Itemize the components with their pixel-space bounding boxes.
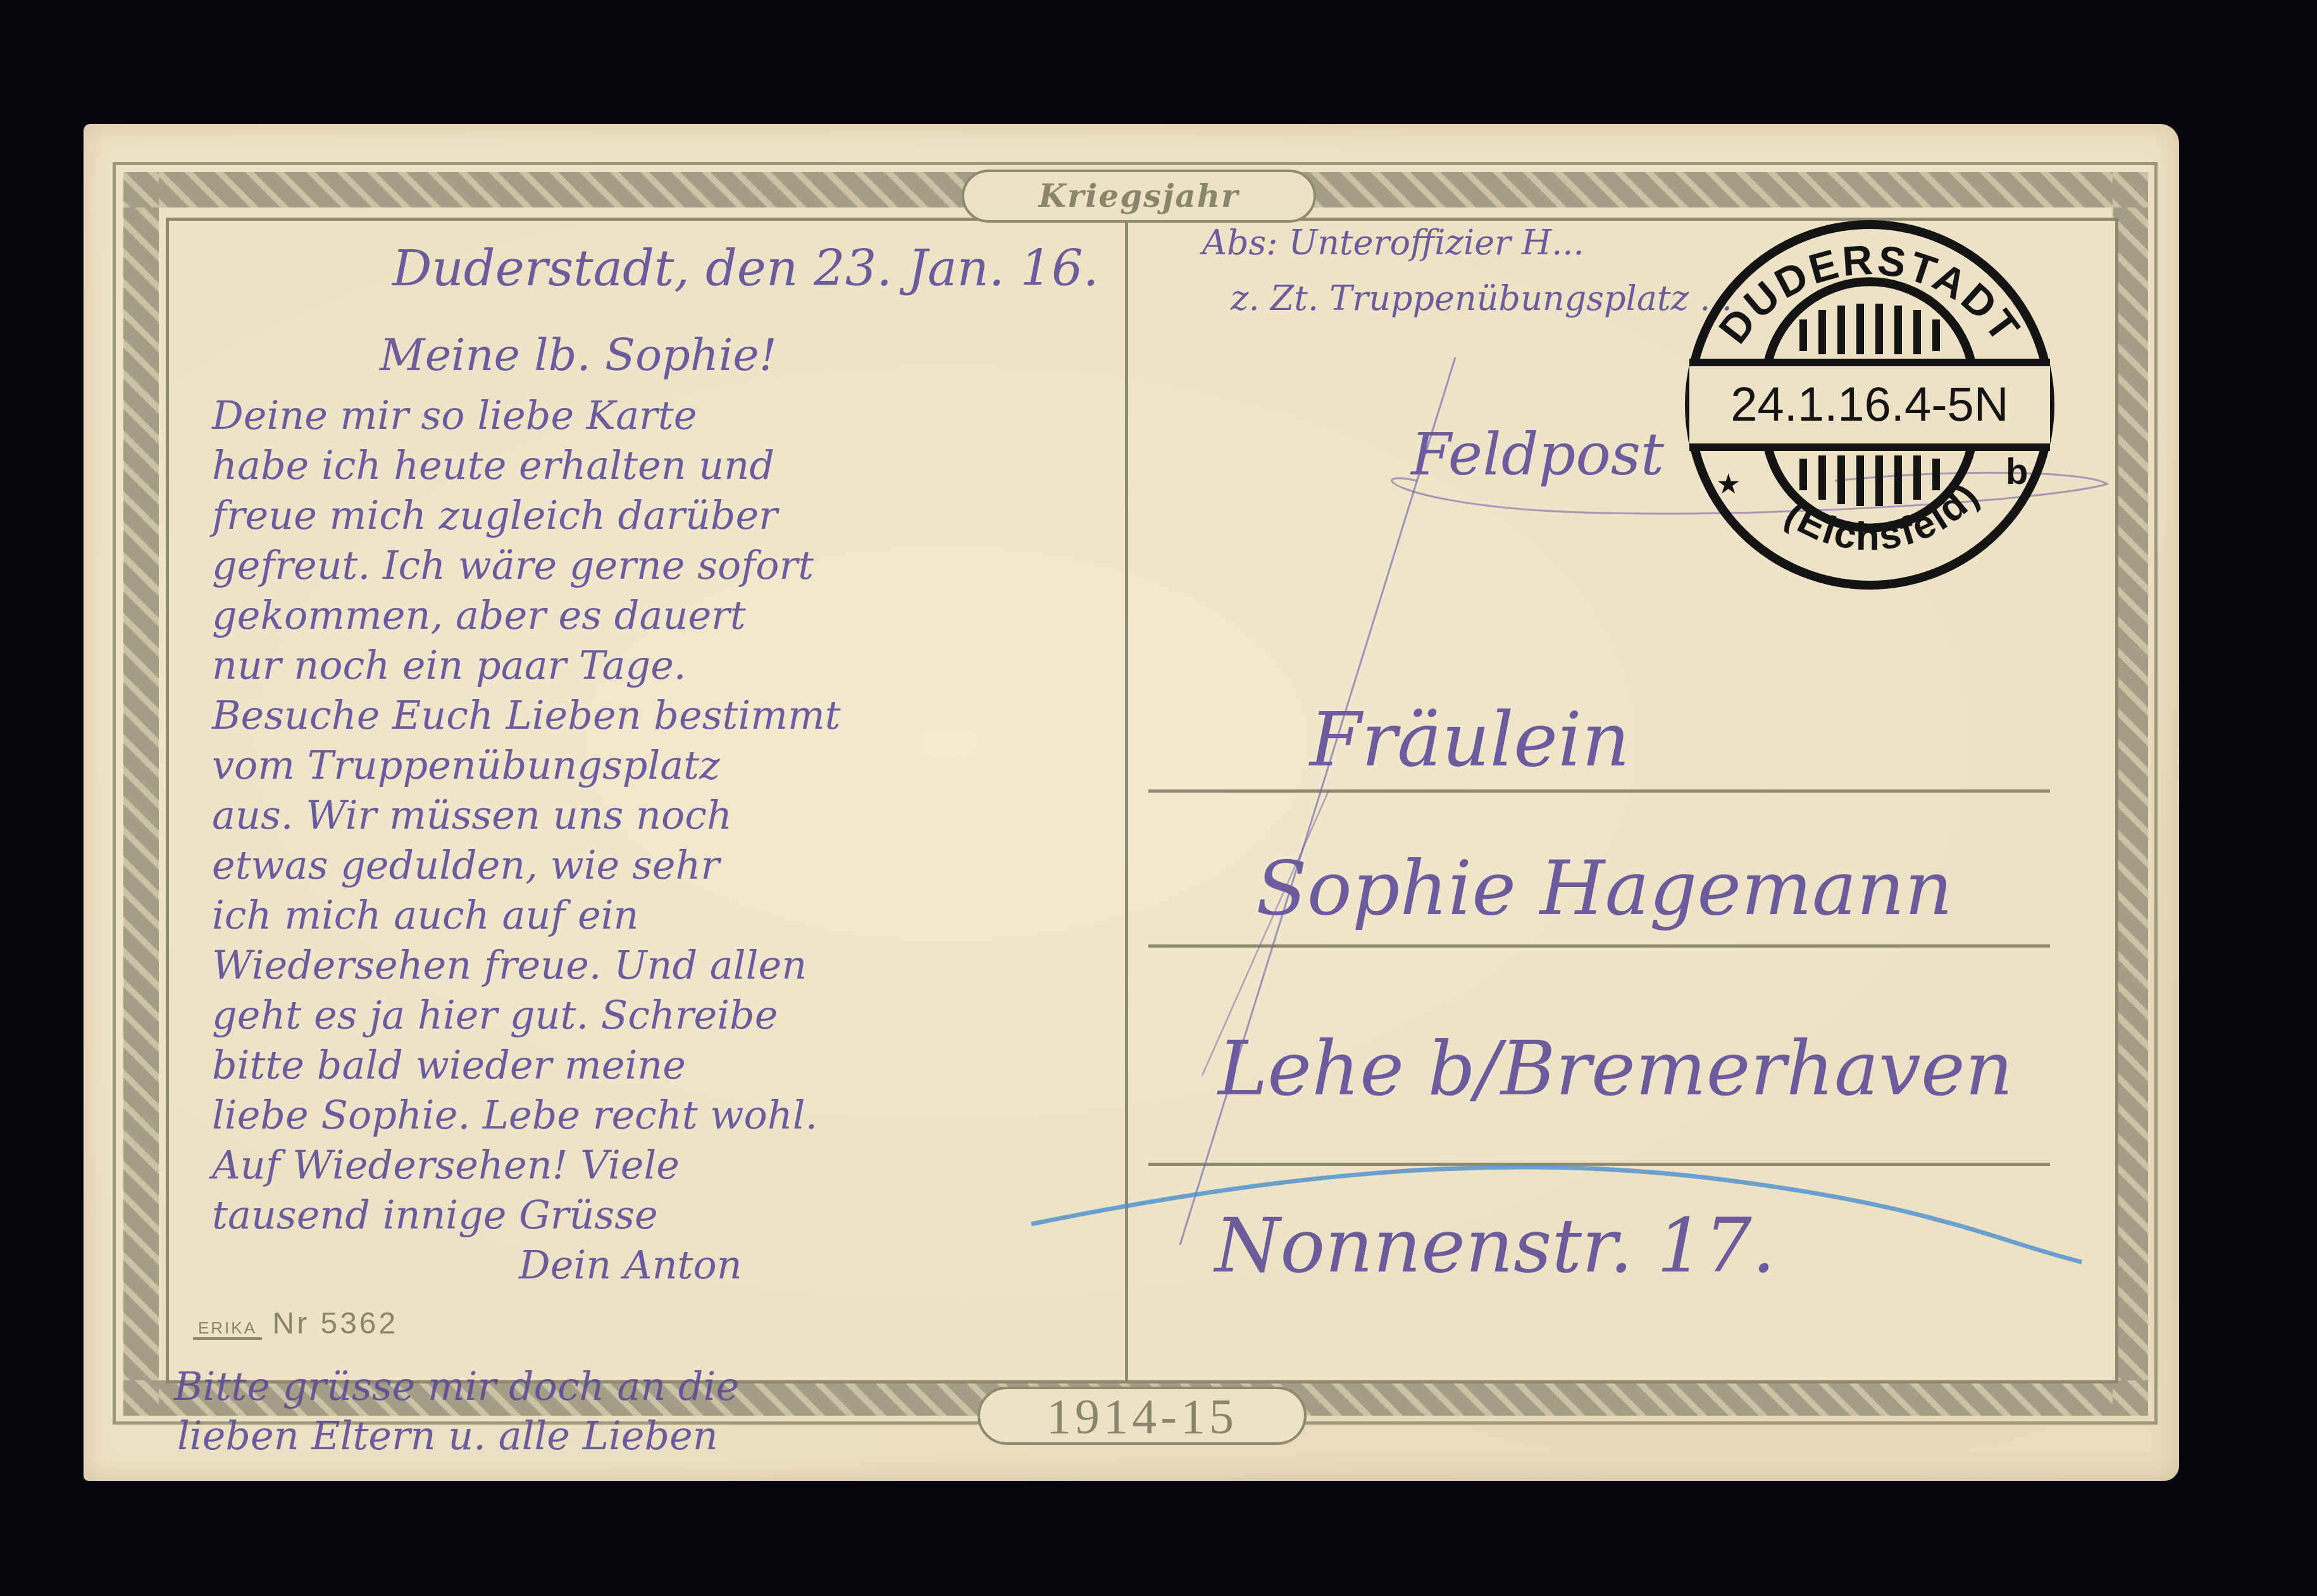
- diagonal-pencil-stroke: [1180, 357, 1455, 1245]
- postmark-star-icon: ★: [1716, 468, 1741, 500]
- postmark-city: DUDERSTADT: [1710, 236, 2030, 352]
- postmark-date: 24.1.16.4-5N: [1730, 378, 2008, 431]
- postmark-suffix: b: [2006, 451, 2028, 492]
- duderstadt-postmark: DUDERSTADT (Eichsfeld) 24.1.16.4-5N b ★: [1677, 212, 2063, 598]
- svg-text:DUDERSTADT: DUDERSTADT: [1710, 236, 2030, 352]
